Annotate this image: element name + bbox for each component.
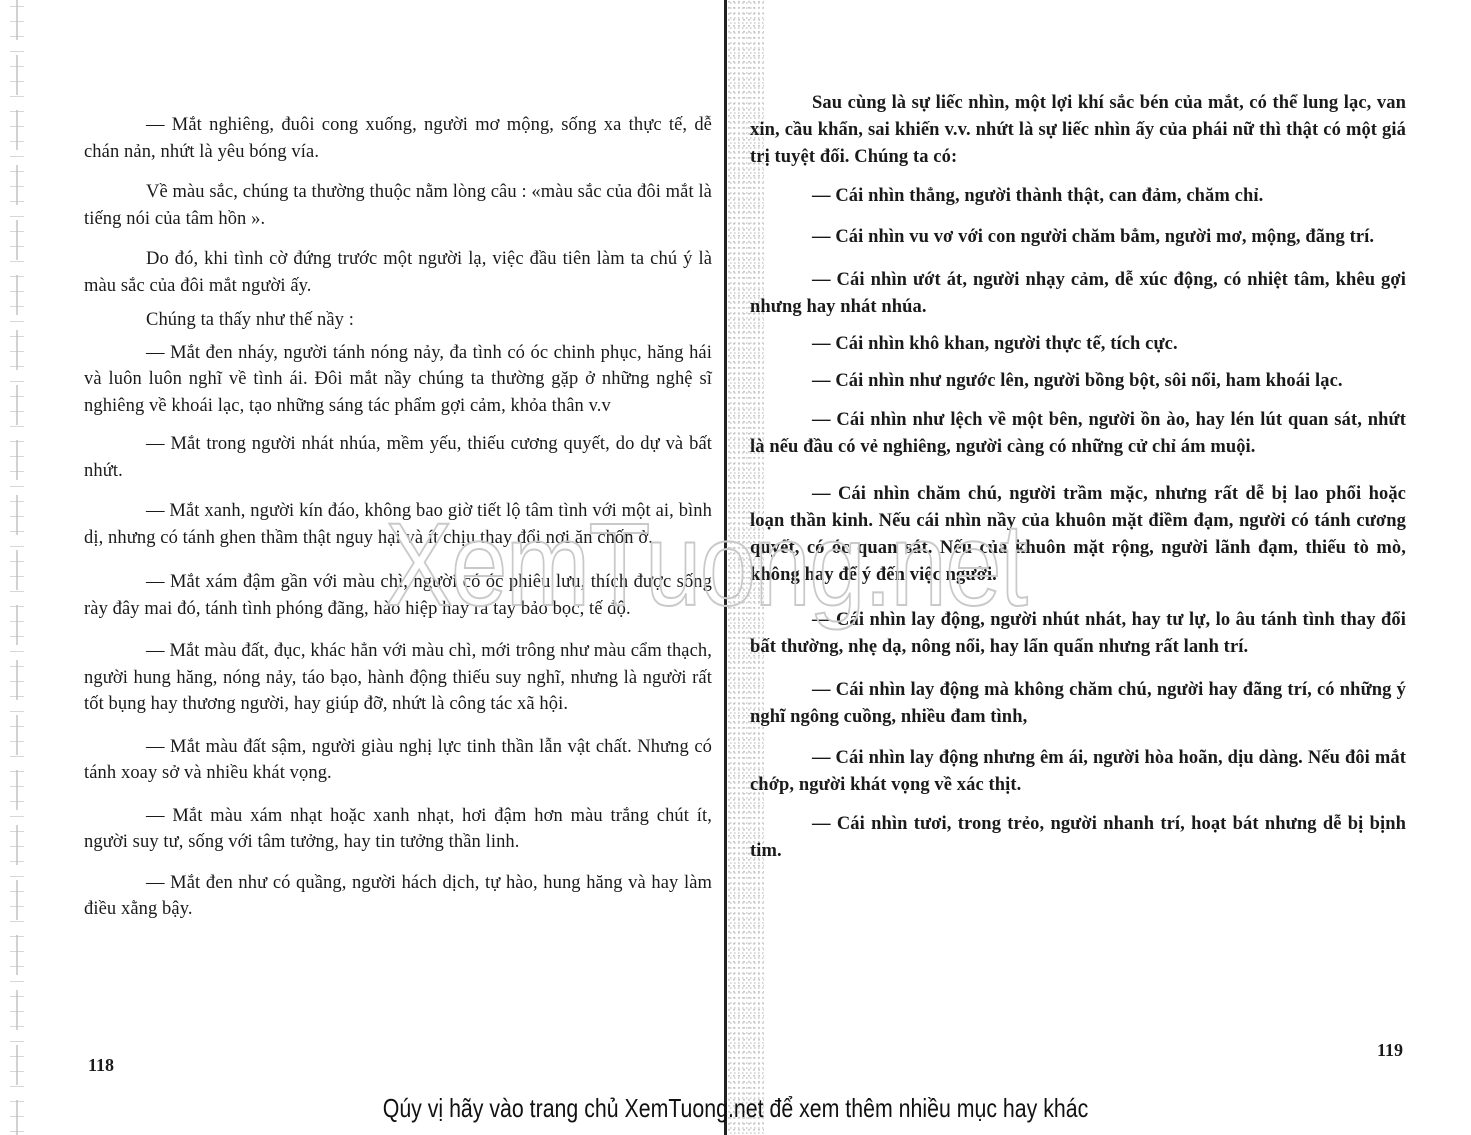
left-page: — Mắt nghiêng, đuôi cong xuống, người mơ… [84,112,712,933]
paragraph: Do đó, khi tình cờ đứng trước một người … [84,246,712,299]
paragraph: — Mắt đen nháy, người tánh nóng nảy, đa … [84,340,712,420]
right-page: Sau cùng là sự liếc nhìn, một lợi khí sắ… [750,90,1406,878]
paragraph: — Cái nhìn khô khan, người thực tế, tích… [750,331,1406,358]
paragraph: — Cái nhìn tươi, trong trẻo, người nhanh… [750,811,1406,865]
paragraph: — Mắt đen như có quầng, người hách dịch,… [84,870,712,923]
paragraph: — Mắt xám đậm gần với màu chì, người có … [84,569,712,622]
paragraph: — Mắt màu xám nhạt hoặc xanh nhạt, hơi đ… [84,803,712,856]
page-number-left: 118 [88,1055,114,1076]
page-edge-shadow [10,0,24,1135]
paragraph: — Cái nhìn như ngước lên, người bồng bột… [750,368,1406,395]
paragraph: — Cái nhìn lay động, người nhút nhát, ha… [750,607,1406,661]
paragraph: Sau cùng là sự liếc nhìn, một lợi khí sắ… [750,90,1406,171]
paragraph: — Cái nhìn thẳng, người thành thật, can … [750,183,1406,210]
paragraph: Về màu sắc, chúng ta thường thuộc nằm lò… [84,179,712,232]
paragraph: — Cái nhìn lay động nhưng êm ái, người h… [750,745,1406,799]
paragraph: — Cái nhìn chăm chú, người trầm mặc, như… [750,481,1406,589]
paragraph: — Cái nhìn ướt át, người nhạy cảm, dễ xú… [750,267,1406,321]
paragraph: — Mắt trong người nhát nhúa, mềm yếu, th… [84,431,712,484]
paragraph: — Mắt xanh, người kín đáo, không bao giờ… [84,498,712,551]
paragraph: — Cái nhìn như lệch về một bên, người ồn… [750,407,1406,461]
paragraph: — Mắt nghiêng, đuôi cong xuống, người mơ… [84,112,712,165]
page-number-right: 119 [1377,1040,1403,1061]
paragraph: — Mắt màu đất, đục, khác hẳn với màu chì… [84,638,712,718]
paragraph: — Cái nhìn vu vơ với con người chăm bẳm,… [750,224,1406,251]
footer-link-note[interactable]: Qúy vị hãy vào trang chủ XemTuong.net để… [132,1093,1338,1124]
book-spine [724,0,727,1135]
paragraph: — Cái nhìn lay động mà không chăm chú, n… [750,677,1406,731]
paragraph: — Mắt màu đất sậm, người giàu nghị lực t… [84,734,712,787]
book-spread: — Mắt nghiêng, đuôi cong xuống, người mơ… [0,0,1471,1135]
paragraph: Chúng ta thấy như thế nầy : [84,307,712,334]
